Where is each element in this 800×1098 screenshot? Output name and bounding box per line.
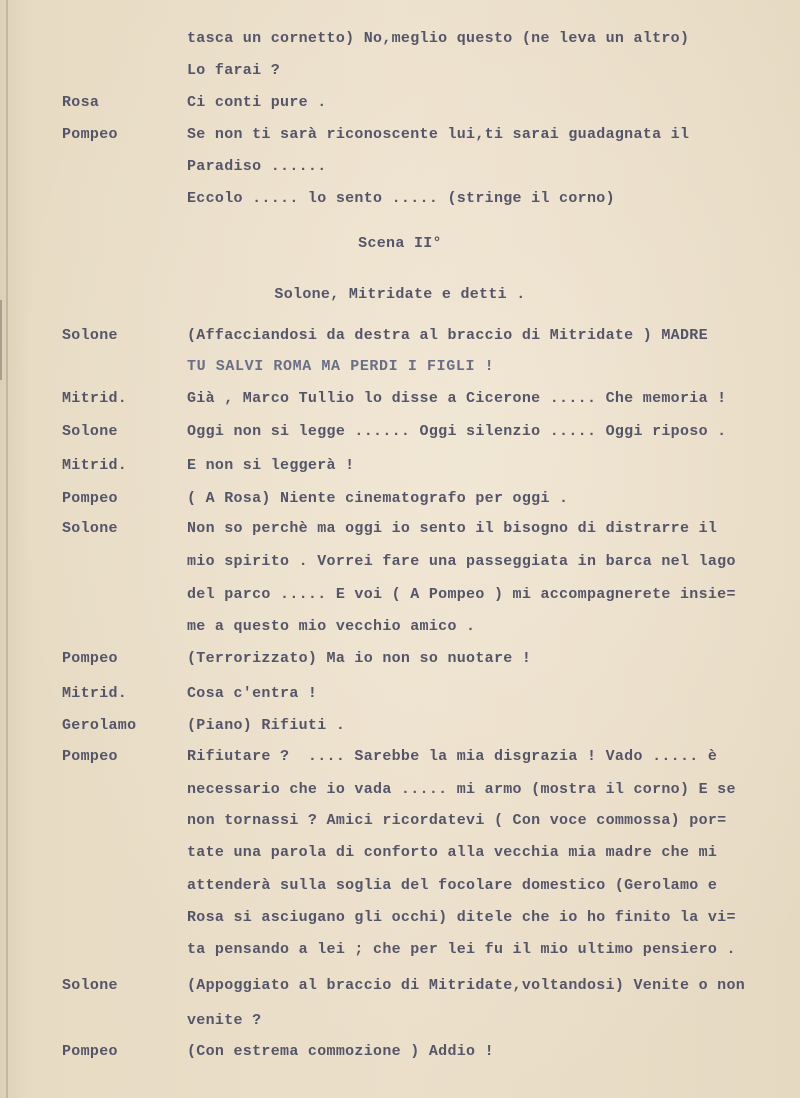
speaker-name: Solone <box>62 327 118 344</box>
dialogue-line: ta pensando a lei ; che per lei fu il mi… <box>187 941 736 958</box>
speaker-name: Pompeo <box>62 650 118 667</box>
dialogue-line: Ci conti pure . <box>187 94 327 111</box>
speaker-name: Solone <box>62 423 118 440</box>
dialogue-line: ( A Rosa) Niente cinematografo per oggi … <box>187 490 568 507</box>
speaker-name: Rosa <box>62 94 99 111</box>
dialogue-line: (Affacciandosi da destra al braccio di M… <box>187 327 708 344</box>
dialogue-line: (Appoggiato al braccio di Mitridate,volt… <box>187 977 745 994</box>
dialogue-line: non tornassi ? Amici ricordatevi ( Con v… <box>187 812 726 829</box>
dialogue-line: Eccolo ..... lo sento ..... (stringe il … <box>187 190 615 207</box>
dialogue-line: Rifiutare ? .... Sarebbe la mia disgrazi… <box>187 748 717 765</box>
scene-heading: Scena II° <box>0 235 800 252</box>
dialogue-line: Già , Marco Tullio lo disse a Cicerone .… <box>187 390 726 407</box>
dialogue-line: Lo farai ? <box>187 62 280 79</box>
dialogue-line: Rosa si asciugano gli occhi) ditele che … <box>187 909 736 926</box>
dialogue-line: Se non ti sarà riconoscente lui,ti sarai… <box>187 126 689 143</box>
speaker-name: Pompeo <box>62 490 118 507</box>
dialogue-line: Oggi non si legge ...... Oggi silenzio .… <box>187 423 726 440</box>
dialogue-line: TU SALVI ROMA MA PERDI I FIGLI ! <box>187 358 494 375</box>
dialogue-line: Cosa c'entra ! <box>187 685 317 702</box>
speaker-name: Mitrid. <box>62 390 127 407</box>
dialogue-line: E non si leggerà ! <box>187 457 354 474</box>
speaker-name: Solone <box>62 520 118 537</box>
typewritten-page: Scena II° Solone, Mitridate e detti . ta… <box>0 0 800 1098</box>
dialogue-line: attenderà sulla soglia del focolare dome… <box>187 877 717 894</box>
dialogue-line: tasca un cornetto) No,meglio questo (ne … <box>187 30 689 47</box>
speaker-name: Solone <box>62 977 118 994</box>
dialogue-line: (Con estrema commozione ) Addio ! <box>187 1043 494 1060</box>
dialogue-line: (Piano) Rifiuti . <box>187 717 345 734</box>
dialogue-line: (Terrorizzato) Ma io non so nuotare ! <box>187 650 531 667</box>
dialogue-line: necessario che io vada ..... mi armo (mo… <box>187 781 736 798</box>
dialogue-line: venite ? <box>187 1012 261 1029</box>
speaker-name: Mitrid. <box>62 685 127 702</box>
speaker-name: Pompeo <box>62 1043 118 1060</box>
dialogue-line: mio spirito . Vorrei fare una passeggiat… <box>187 553 736 570</box>
binding-edge <box>6 0 8 1098</box>
dialogue-line: me a questo mio vecchio amico . <box>187 618 475 635</box>
dialogue-line: Non so perchè ma oggi io sento il bisogn… <box>187 520 717 537</box>
speaker-name: Gerolamo <box>62 717 136 734</box>
speaker-name: Mitrid. <box>62 457 127 474</box>
dialogue-line: Paradiso ...... <box>187 158 327 175</box>
speaker-name: Pompeo <box>62 126 118 143</box>
scene-characters: Solone, Mitridate e detti . <box>0 286 800 303</box>
speaker-name: Pompeo <box>62 748 118 765</box>
binding-string <box>0 300 18 380</box>
dialogue-line: del parco ..... E voi ( A Pompeo ) mi ac… <box>187 586 736 603</box>
dialogue-line: tate una parola di conforto alla vecchia… <box>187 844 717 861</box>
